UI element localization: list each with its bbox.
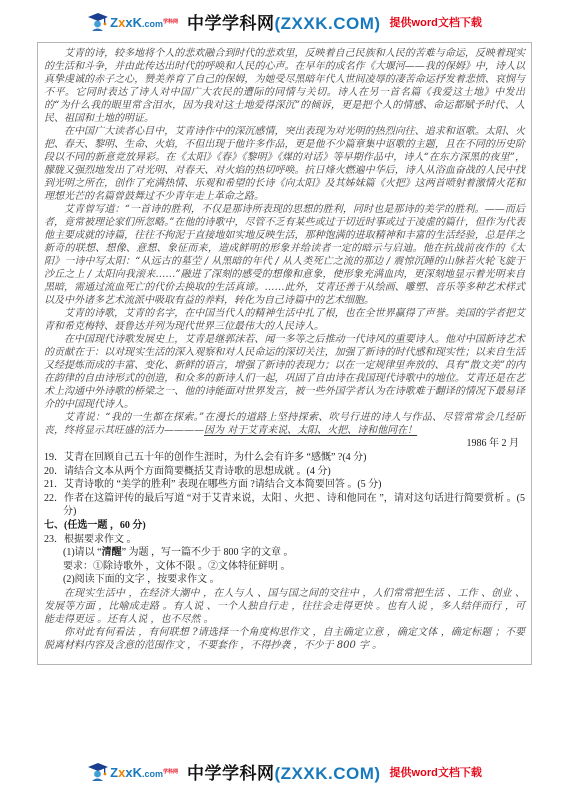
logo-letter: x — [125, 765, 132, 780]
logo-wordmark: ZxxK.com学科网 — [110, 766, 178, 781]
question-19: 19．艾青在回顾自己五十年的创作生涯时，为什么会有许多 “感慨” ?(4 分) — [44, 451, 525, 465]
article-paragraph: 艾青的诗，较多地将个人的悲欢融合到时代的悲欢里，反映着自己民族和人民的苦难与命运… — [44, 47, 525, 125]
zxxk-logo: ZxxK.com学科网 — [88, 762, 178, 781]
question-22: 22．作者在这篇评传的最后写道 “对于艾青来说，太阳 、火把 、诗和他同在 ”，… — [44, 492, 525, 519]
site-domain: (ZXXK.COM) — [275, 14, 381, 33]
article-paragraph: 艾青曾写道：“一首诗的胜利，不仅是那诗所表现的思想的胜利，同时也是那诗的美学的胜… — [44, 203, 525, 307]
header-tagline: 提供word文档下载 — [390, 14, 482, 30]
site-domain: (ZXXK.COM) — [275, 764, 381, 783]
section-seven-heading: 七、(任选一题 ，60 分) — [44, 519, 525, 533]
site-title: 中学学科网(ZXXK.COM) — [187, 759, 381, 784]
logo-letter: x — [125, 15, 132, 30]
question-21: 21．艾青诗歌的 “美学的胜利” 表现在哪些方面 ?请结合文本简要回答 。(5 … — [44, 478, 525, 492]
question-23-option1: (1)请以 “清醒” 为题 ，写一篇不少于 800 字的文章 。 — [63, 546, 525, 560]
graduation-cap-icon — [88, 12, 108, 31]
article-paragraph: 艾青的诗歌，艾青的名字，在中国当代人的精神生活中扎了根，也在全世界赢得了声誉。美… — [44, 307, 525, 333]
header-banner: ZxxK.com学科网 中学学科网(ZXXK.COM) 提供word文档下载 — [0, 0, 570, 34]
option1-pre: (1)请以 “ — [63, 547, 102, 558]
question-23-option2: (2)阅读下面的文字 ，按要求作文 。 — [63, 573, 525, 587]
site-name: 中学学科网 — [187, 764, 275, 783]
graduation-cap-icon — [88, 762, 108, 781]
logo-tiny-text: 学科网 — [163, 19, 178, 25]
site-title: 中学学科网(ZXXK.COM) — [187, 9, 381, 34]
logo-domain: .com — [142, 19, 163, 29]
footer-tagline: 提供word文档下载 — [390, 764, 482, 780]
logo-letter: Z — [110, 15, 118, 30]
essay-prompt: 你对此有何看法 ，有何联想 ?请选择一个角度构思作文 ，自主确定立意 ，确定文体… — [44, 626, 525, 652]
closing-underlined-text: 因为 对于艾青来说、太阳、火把、诗和他同在！ — [204, 425, 417, 436]
exam-content-box: 艾青的诗，较多地将个人的悲欢融合到时代的悲欢里，反映着自己民族和人民的苦难与命运… — [37, 42, 532, 665]
footer-banner: ZxxK.com学科网 中学学科网(ZXXK.COM) 提供word文档下载 — [0, 759, 570, 784]
question-20: 20．请结合文本从两个方面简要概括艾青诗歌的思想成就 。(4 分) — [44, 465, 525, 479]
site-name: 中学学科网 — [187, 14, 275, 33]
article-paragraph: 在中国广大读者心目中，艾青诗作中的深沉感情，突出表现为对光明的热烈向往、追求和讴… — [44, 125, 525, 203]
article-date: 1986 年 2 月 — [44, 437, 525, 451]
logo-domain: .com — [142, 769, 163, 779]
question-23-label: 23．根据要求作文 。 — [44, 533, 525, 547]
article-closing-paragraph: 艾青说：“我的一生都在探索。”在漫长的道路上坚持探索、吹号行进的诗人与作品、尽管… — [44, 411, 525, 437]
zxxk-logo: ZxxK.com学科网 — [88, 12, 178, 31]
option1-essay-title: 清醒 — [102, 547, 122, 558]
essay-material: 在现实生活中 ，在经济大潮中 ，在人与人 、国与国之间的交往中 ，人们常常把生活… — [44, 587, 525, 626]
logo-wordmark: ZxxK.com学科网 — [110, 16, 178, 31]
logo-letter: K — [133, 765, 142, 780]
logo-tiny-text: 学科网 — [163, 769, 178, 775]
logo-letter: Z — [110, 765, 118, 780]
option1-post: ” 为题 ，写一篇不少于 800 字的文章 。 — [122, 547, 294, 558]
document-page: ZxxK.com学科网 中学学科网(ZXXK.COM) 提供word文档下载 艾… — [0, 0, 570, 800]
question-23-requirements: 要求：①除诗歌外 ，文体不限 。②文体特征鲜明 。 — [63, 560, 525, 574]
logo-letter: K — [133, 15, 142, 30]
article-paragraph: 在中国现代诗歌发展史上，艾青是继郭沫若、闻一多等之后推动一代诗风的重要诗人。他对… — [44, 333, 525, 411]
